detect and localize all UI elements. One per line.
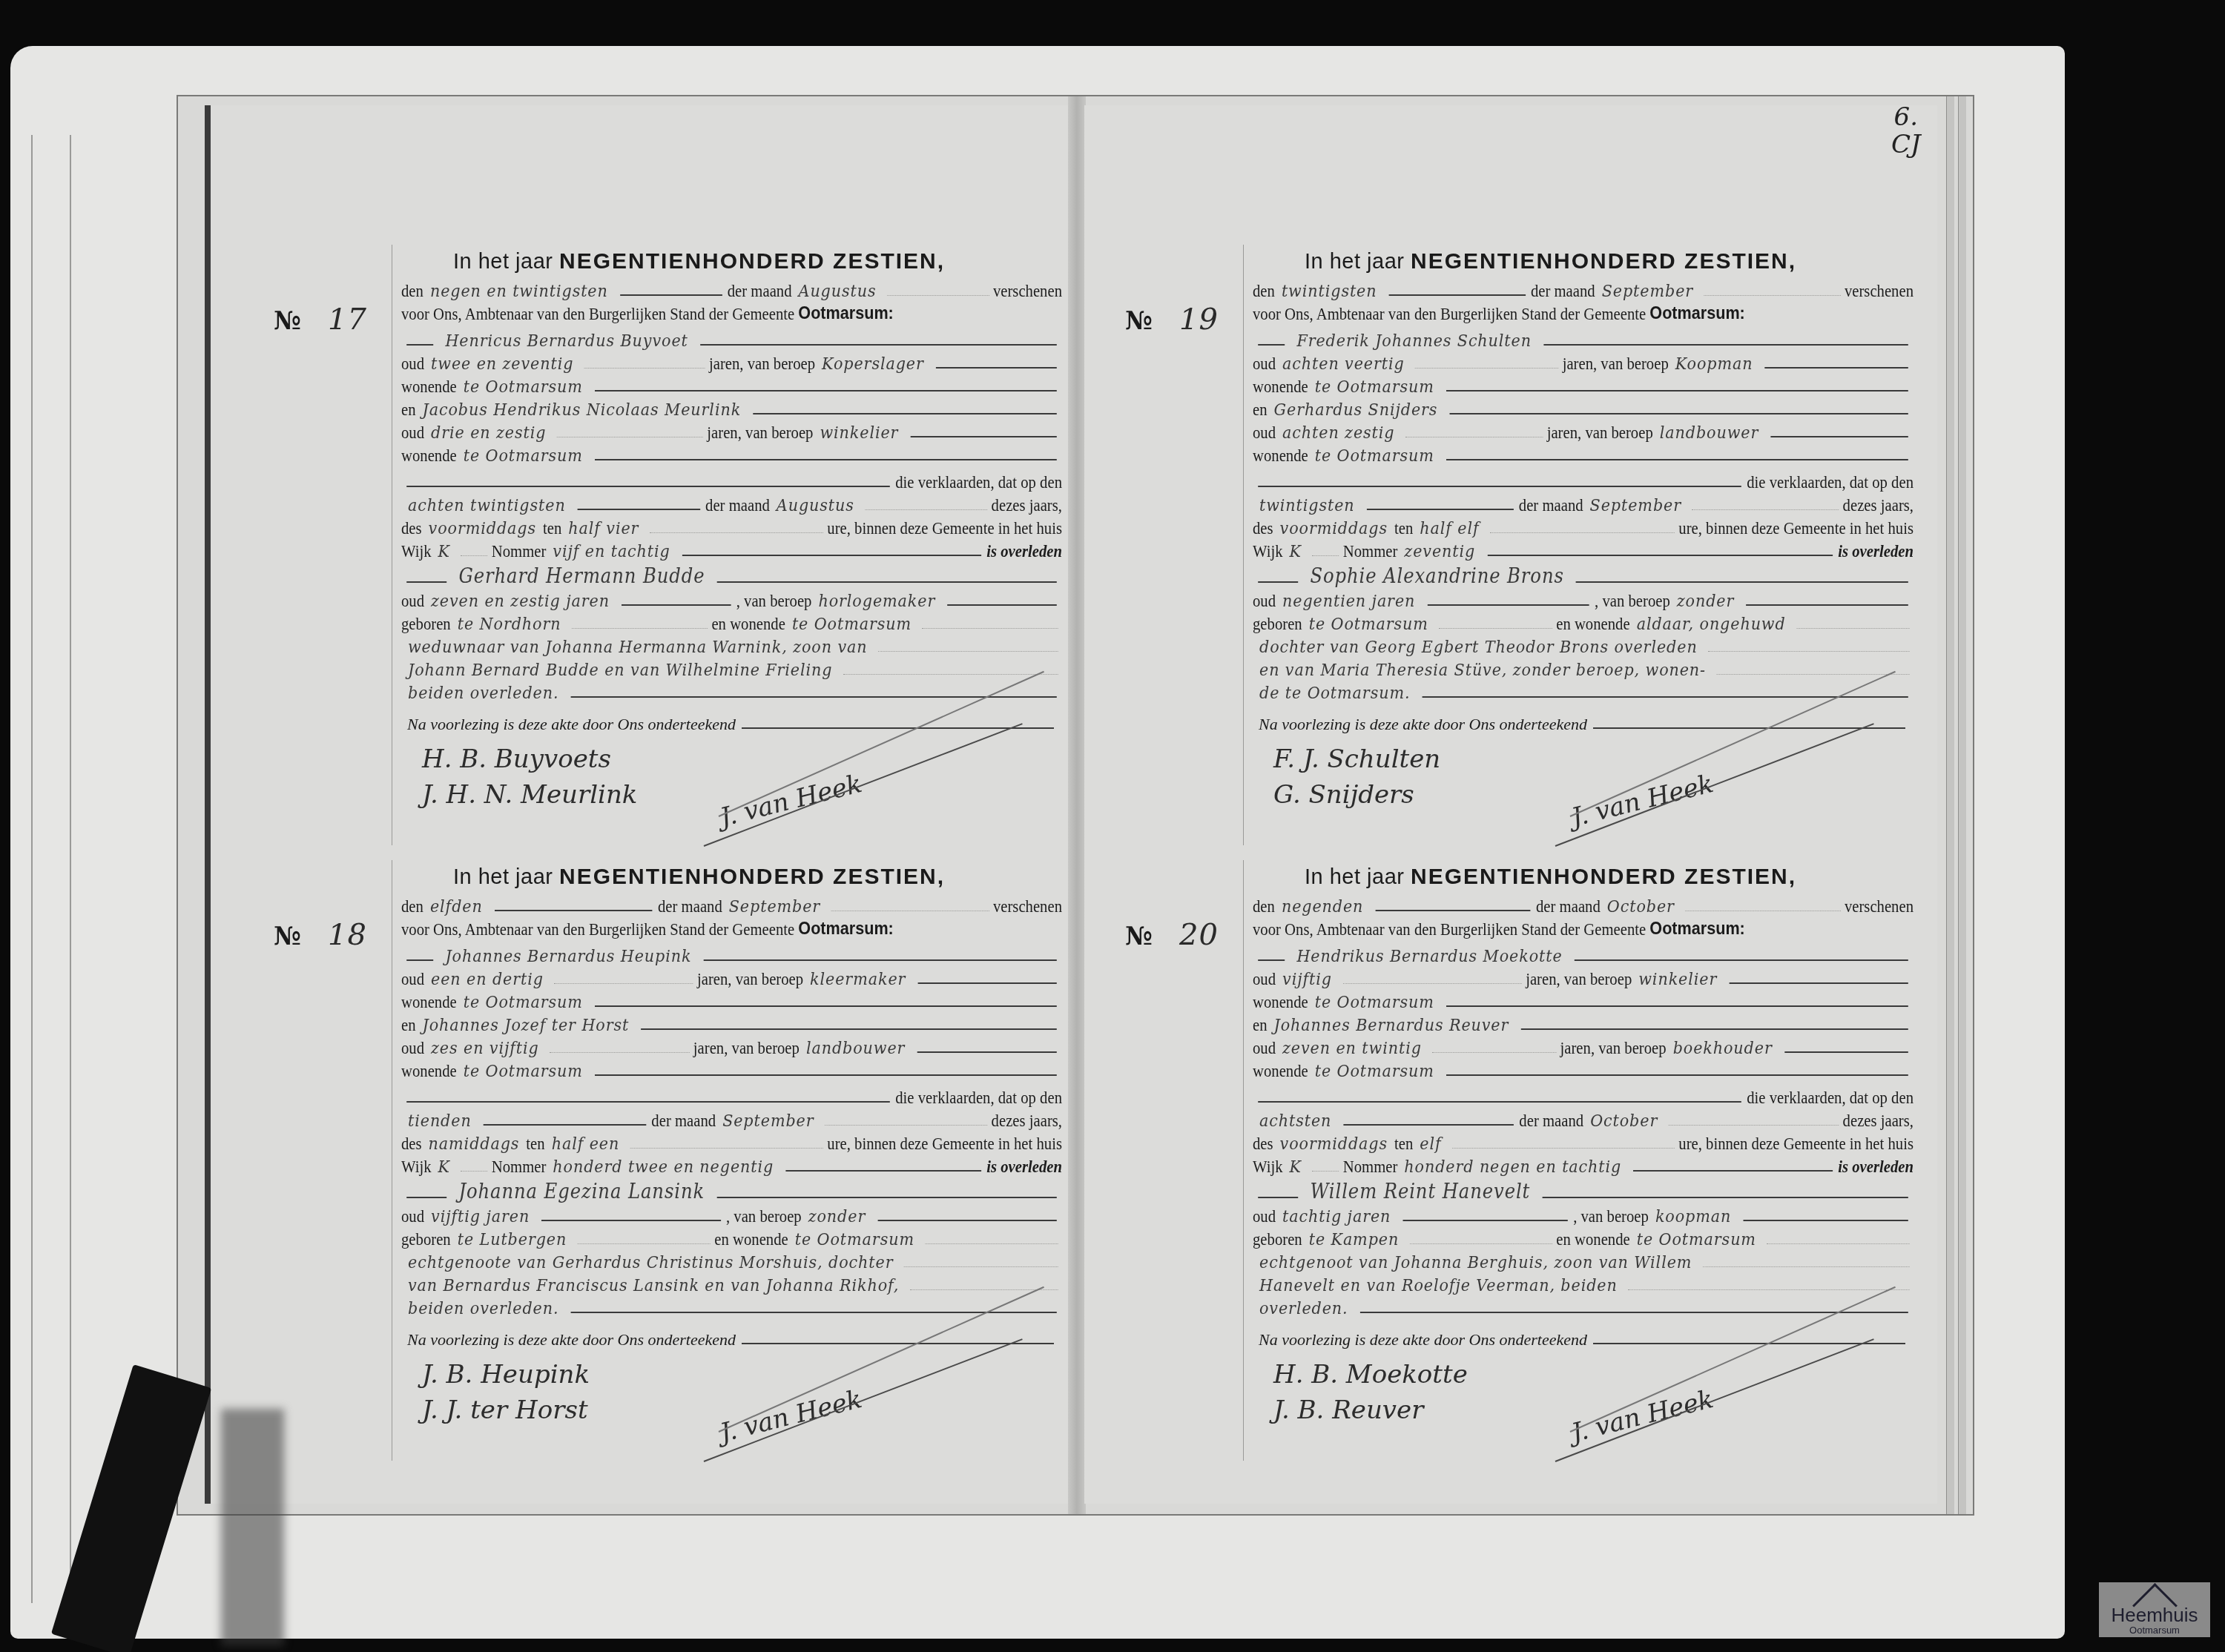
record-heading: In het jaar NEGENTIENHONDERD ZESTIEN, [453, 245, 1060, 274]
witness1-name: Frederik Johannes Schulten [1290, 331, 1538, 351]
death-record-18: №18 In het jaar NEGENTIENHONDERD ZESTIEN… [392, 860, 1060, 1461]
remark-line: overleden. [1253, 1299, 1355, 1318]
birthplace: te Ootmarsum [1302, 615, 1435, 634]
archive-annotation: 6. CJ [1891, 104, 1921, 159]
remark-line: echtgenoote van Gerhardus Christinus Mor… [401, 1253, 900, 1272]
death-time: half een [545, 1134, 627, 1154]
death-time: elf [1413, 1134, 1448, 1154]
witness2-name: Gerhardus Snijders [1268, 400, 1445, 420]
daypart: voormiddags [1273, 1134, 1394, 1154]
act-number: №20 [1125, 918, 1226, 952]
wijk: K [1283, 542, 1308, 561]
witness1-residence: te Ootmarsum [457, 377, 590, 397]
remark-line: en van Maria Theresia Stüve, zonder bero… [1253, 661, 1713, 680]
remark-line: weduwnaar van Johanna Hermanna Warnink, … [401, 638, 874, 657]
house-number: vijf en tachtig [546, 542, 676, 561]
signature-flourish [1555, 1338, 1874, 1462]
declaration-day: negen en twintigsten [423, 282, 615, 301]
witness2-residence: te Ootmarsum [1308, 446, 1441, 466]
witness2-name: Jacobus Hendrikus Nicolaas Meurlink [416, 400, 748, 420]
deceased-name: Willem Reint Hanevelt [1303, 1180, 1537, 1203]
signatures: J. B. Heupink J. J. ter Horst J. van Hee… [407, 1349, 1060, 1461]
deceased-name: Gerhard Hermann Budde [452, 565, 711, 588]
death-day: tienden [401, 1111, 478, 1131]
act-number: №19 [1125, 303, 1226, 337]
death-month: Augustus [770, 496, 861, 515]
signature-clause: Na voorlezing is deze akte door Ons onde… [407, 715, 1060, 734]
declaration-day: elfden [423, 897, 489, 916]
death-record-20: №20 In het jaar NEGENTIENHONDERD ZESTIEN… [1243, 860, 1911, 1461]
residence: te Ootmarsum [1630, 1230, 1763, 1249]
witness1-residence: te Ootmarsum [1308, 377, 1441, 397]
witness1-age: twee en zeventig [424, 354, 580, 374]
witness1-name: Henricus Bernardus Buyvoet [438, 331, 694, 351]
birthplace: te Nordhorn [451, 615, 568, 634]
witness1-name: Hendrikus Bernardus Moekotte [1290, 947, 1569, 966]
witness1-occupation: Koperslager [815, 354, 931, 374]
remark-line: dochter van Georg Egbert Theodor Brons o… [1253, 638, 1704, 657]
remark-line: Hanevelt en van Roelofje Veerman, beiden [1253, 1276, 1624, 1295]
signature-witness1: J. B. Heupink [422, 1360, 590, 1390]
witness2-occupation: landbouwer [1653, 423, 1765, 443]
house-number: zeventig [1397, 542, 1482, 561]
deceased-occupation: zonder [802, 1207, 872, 1226]
signature-witness2: J. H. N. Meurlink [422, 780, 637, 810]
remark-line: echtgenoot van Johanna Berghuis, zoon va… [1253, 1253, 1698, 1272]
witness2-residence: te Ootmarsum [457, 446, 590, 466]
witness2-name: Johannes Jozef ter Horst [416, 1016, 636, 1035]
daypart: voormiddags [1273, 519, 1394, 538]
signature-flourish [1555, 723, 1874, 847]
death-record-19: №19 In het jaar NEGENTIENHONDERD ZESTIEN… [1243, 245, 1911, 845]
death-day: twintigsten [1253, 496, 1362, 515]
witness2-occupation: landbouwer [800, 1039, 912, 1058]
archive-initials: CJ [1891, 131, 1921, 159]
wijk: K [432, 1157, 457, 1177]
deceased-age: vijftig jaren [424, 1207, 536, 1226]
residence: te Ootmarsum [785, 615, 918, 634]
remark-line: de te Ootmarsum. [1253, 684, 1417, 703]
page-edges [1958, 96, 1966, 1514]
death-record-17: №17 In het jaar NEGENTIENHONDERD ZESTIEN… [392, 245, 1060, 845]
death-day: achten twintigsten [401, 496, 573, 515]
witness1-residence: te Ootmarsum [457, 993, 590, 1012]
deceased-occupation: zonder [1670, 592, 1741, 611]
witness2-age: zes en vijftig [424, 1039, 546, 1058]
witness1-occupation: winkelier [1632, 970, 1724, 989]
witness1-occupation: kleermaker [803, 970, 912, 989]
birthplace: te Kampen [1302, 1230, 1406, 1249]
signatures: F. J. Schulten G. Snijders J. van Heek [1259, 734, 1911, 845]
signatures: H. B. Buyvoets J. H. N. Meurlink J. van … [407, 734, 1060, 845]
signature-registrar: J. van Heek [717, 769, 865, 833]
witness2-residence: te Ootmarsum [457, 1062, 590, 1081]
deceased-age: tachtig jaren [1276, 1207, 1397, 1226]
witness1-residence: te Ootmarsum [1308, 993, 1441, 1012]
birthplace: te Lutbergen [451, 1230, 574, 1249]
declaration-day: twintigsten [1275, 282, 1384, 301]
deceased-name: Johanna Egezina Lansink [452, 1180, 711, 1203]
clip-shadow [221, 1409, 284, 1646]
signature-witness1: F. J. Schulten [1273, 744, 1440, 774]
deceased-occupation: koopman [1649, 1207, 1738, 1226]
record-heading: In het jaar NEGENTIENHONDERD ZESTIEN, [1305, 860, 1911, 890]
signature-witness2: J. J. ter Horst [422, 1395, 588, 1425]
witness2-age: achten zestig [1276, 423, 1401, 443]
witness2-occupation: boekhouder [1667, 1039, 1779, 1058]
signature-clause: Na voorlezing is deze akte door Ons onde… [1259, 1330, 1911, 1349]
signature-witness1: H. B. Moekotte [1273, 1360, 1468, 1390]
death-day: achtsten [1253, 1111, 1338, 1131]
daypart: voormiddags [422, 519, 543, 538]
remark-line: beiden overleden. [401, 684, 565, 703]
death-month: September [1583, 496, 1688, 515]
record-heading: In het jaar NEGENTIENHONDERD ZESTIEN, [1305, 245, 1911, 274]
signature-registrar: J. van Heek [717, 1384, 865, 1448]
residence: te Ootmarsum [788, 1230, 921, 1249]
deceased-name: Sophie Alexandrine Brons [1303, 565, 1570, 588]
declaration-day: negenden [1275, 897, 1370, 916]
deceased-age: zeven en zestig jaren [424, 592, 616, 611]
signature-witness1: H. B. Buyvoets [422, 744, 611, 774]
record-heading: In het jaar NEGENTIENHONDERD ZESTIEN, [453, 860, 1060, 890]
residence: aldaar, ongehuwd [1630, 615, 1793, 634]
death-time: half elf [1413, 519, 1486, 538]
signature-flourish [704, 1338, 1023, 1462]
death-month: September [716, 1111, 820, 1131]
deceased-age: negentien jaren [1276, 592, 1422, 611]
act-number: №17 [274, 303, 375, 337]
declaration-month: October [1601, 897, 1681, 916]
signature-witness2: G. Snijders [1273, 780, 1414, 810]
house-number: honderd twee en negentig [546, 1157, 780, 1177]
death-time: half vier [561, 519, 645, 538]
deceased-occupation: horlogemaker [811, 592, 942, 611]
heemhuis-logo: Heemhuis Ootmarsum [2099, 1582, 2210, 1637]
witness1-age: vijftig [1276, 970, 1339, 989]
mount-ruling [31, 135, 33, 1603]
remark-line: Johann Bernard Budde en van Wilhelmine F… [401, 661, 839, 680]
signature-flourish [704, 723, 1023, 847]
declaration-month: September [722, 897, 827, 916]
signature-clause: Na voorlezing is deze akte door Ons onde… [1259, 715, 1911, 734]
witness1-age: achten veertig [1276, 354, 1411, 374]
signature-registrar: J. van Heek [1569, 1384, 1716, 1448]
folio-number: 6. [1891, 104, 1921, 131]
remark-line: beiden overleden. [401, 1299, 565, 1318]
witness1-name: Johannes Bernardus Heupink [438, 947, 698, 966]
house-number: honderd negen en tachtig [1397, 1157, 1628, 1177]
signature-witness2: J. B. Reuver [1273, 1395, 1423, 1425]
death-month: October [1583, 1111, 1664, 1131]
witness2-residence: te Ootmarsum [1308, 1062, 1441, 1081]
act-number: №18 [274, 918, 375, 952]
mount-ruling [70, 135, 71, 1603]
witness2-occupation: winkelier [813, 423, 905, 443]
wijk: K [1283, 1157, 1308, 1177]
witness1-age: een en dertig [424, 970, 550, 989]
signature-clause: Na voorlezing is deze akte door Ons onde… [407, 1330, 1060, 1349]
witness1-occupation: Koopman [1669, 354, 1760, 374]
signature-registrar: J. van Heek [1569, 769, 1716, 833]
remark-line: van Bernardus Franciscus Lansink en van … [401, 1276, 906, 1295]
page-edges [1946, 96, 1954, 1514]
signatures: H. B. Moekotte J. B. Reuver J. van Heek [1259, 1349, 1911, 1461]
witness2-name: Johannes Bernardus Reuver [1268, 1016, 1516, 1035]
wijk: K [432, 542, 457, 561]
witness2-age: zeven en twintig [1276, 1039, 1428, 1058]
declaration-month: September [1595, 282, 1700, 301]
witness2-age: drie en zestig [424, 423, 553, 443]
daypart: namiddags [422, 1134, 527, 1154]
book-gutter [1068, 96, 1086, 1514]
declaration-month: Augustus [792, 282, 883, 301]
